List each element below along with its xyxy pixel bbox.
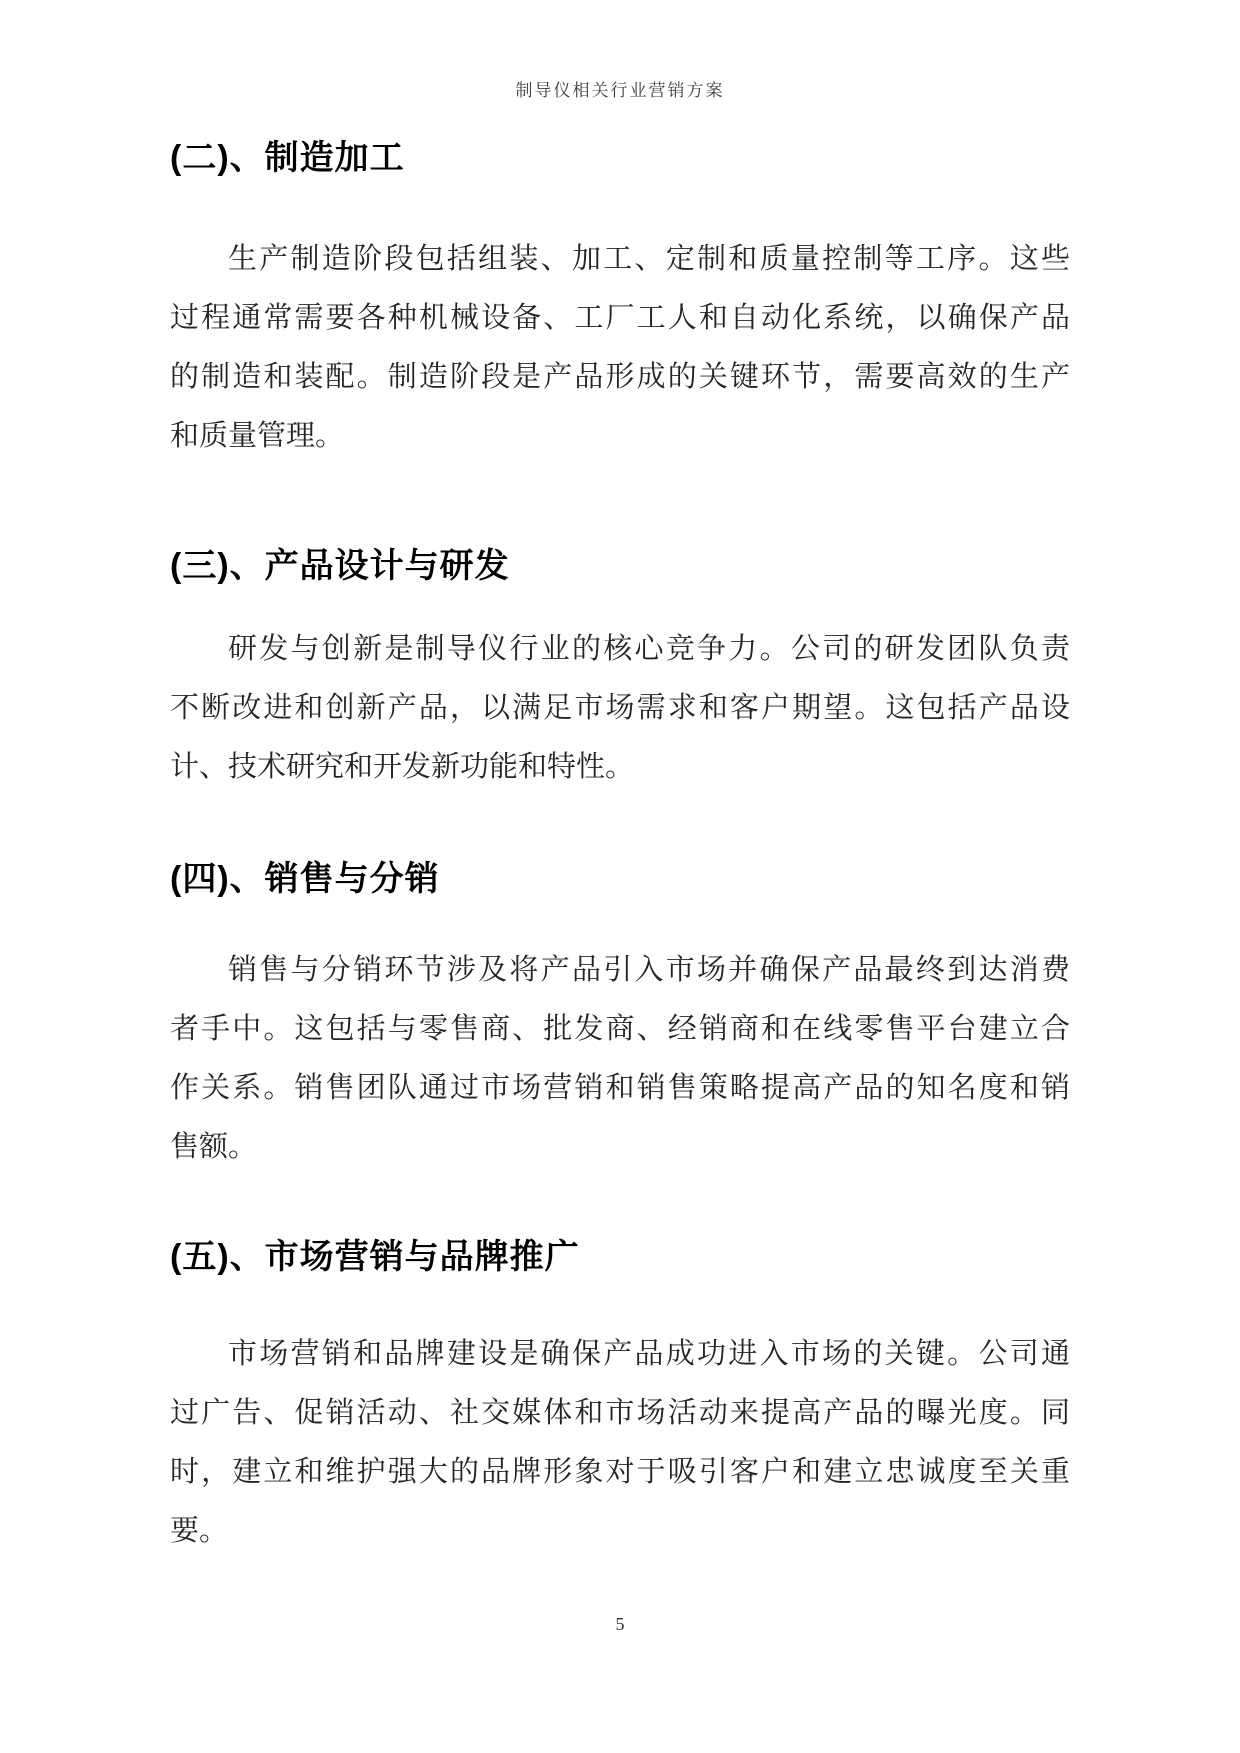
paragraph-line: 市场营销和品牌建设是确保产品成功进入市场的关键。公司通 [170, 1325, 1070, 1384]
paragraph: 市场营销和品牌建设是确保产品成功进入市场的关键。公司通过广告、促销活动、社交媒体… [170, 1325, 1070, 1561]
document-header-title: 制导仪相关行业营销方案 [0, 0, 1240, 102]
paragraph-line: 过程通常需要各种机械设备、工厂工人和自动化系统，以确保产品 [170, 289, 1070, 348]
paragraph: 销售与分销环节涉及将产品引入市场并确保产品最终到达消费者手中。这包括与零售商、批… [170, 941, 1070, 1177]
paragraph-line: 过广告、促销活动、社交媒体和市场活动来提高产品的曝光度。同 [170, 1384, 1070, 1443]
paragraph-line: 作关系。销售团队通过市场营销和销售策略提高产品的知名度和销 [170, 1059, 1070, 1118]
paragraph-line: 要。 [170, 1502, 1070, 1561]
paragraph-line: 者手中。这包括与零售商、批发商、经销商和在线零售平台建立合 [170, 1000, 1070, 1059]
paragraph-line: 研发与创新是制导仪行业的核心竞争力。公司的研发团队负责 [170, 620, 1070, 679]
document-page: 制导仪相关行业营销方案 (二)、制造加工生产制造阶段包括组装、加工、定制和质量控… [0, 0, 1240, 1753]
paragraph-line: 售额。 [170, 1118, 1070, 1177]
paragraph-line: 生产制造阶段包括组装、加工、定制和质量控制等工序。这些 [170, 230, 1070, 289]
paragraph: 生产制造阶段包括组装、加工、定制和质量控制等工序。这些过程通常需要各种机械设备、… [170, 230, 1070, 466]
page-number: 5 [0, 1612, 1240, 1636]
paragraph-line: 和质量管理。 [170, 407, 1070, 466]
section-heading: (三)、产品设计与研发 [170, 546, 1070, 586]
paragraph-line: 计、技术研究和开发新功能和特性。 [170, 738, 1070, 797]
section-heading: (四)、销售与分销 [170, 859, 1070, 899]
paragraph: 研发与创新是制导仪行业的核心竞争力。公司的研发团队负责不断改进和创新产品，以满足… [170, 620, 1070, 797]
paragraph-line: 不断改进和创新产品，以满足市场需求和客户期望。这包括产品设 [170, 679, 1070, 738]
section-heading: (五)、市场营销与品牌推广 [170, 1237, 1070, 1277]
section-heading: (二)、制造加工 [170, 138, 1070, 178]
paragraph-line: 时，建立和维护强大的品牌形象对于吸引客户和建立忠诚度至关重 [170, 1443, 1070, 1502]
paragraph-line: 的制造和装配。制造阶段是产品形成的关键环节，需要高效的生产 [170, 348, 1070, 407]
document-body: (二)、制造加工生产制造阶段包括组装、加工、定制和质量控制等工序。这些过程通常需… [170, 138, 1070, 1561]
paragraph-line: 销售与分销环节涉及将产品引入市场并确保产品最终到达消费 [170, 941, 1070, 1000]
